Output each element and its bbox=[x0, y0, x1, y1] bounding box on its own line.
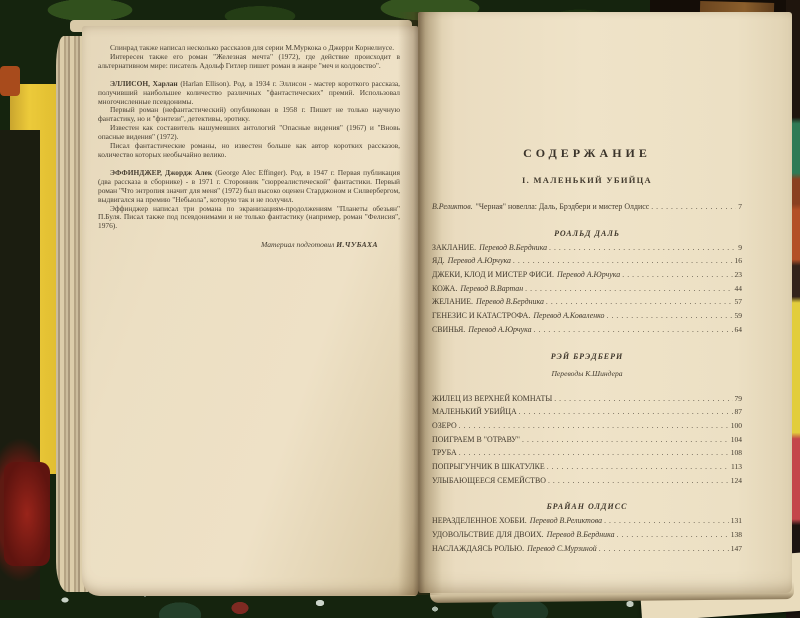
toc-entry-title: ТРУБА bbox=[432, 448, 457, 457]
toc-entry-title: НАСЛАЖДАЯСЬ РОЛЬЮ. bbox=[432, 544, 524, 553]
toc-entry-page-number: 64 bbox=[735, 325, 743, 334]
toc-entry: УДОВОЛЬСТВИЕ ДЛЯ ДВОИХ.Перевод В.Бердник… bbox=[432, 530, 742, 544]
toc-entry-page-number: 23 bbox=[735, 270, 743, 279]
toc-entry-title: ЖЕЛАНИЕ. bbox=[432, 297, 473, 306]
paragraph: ЭФФИНДЖЕР, Джордж Алек (George Alec Effi… bbox=[98, 169, 400, 205]
toc-entry-page-number: 104 bbox=[731, 435, 742, 444]
paragraph: Эффинджер написал три романа по экраниза… bbox=[98, 205, 400, 232]
toc-entry-page-number: 108 bbox=[731, 448, 742, 457]
toc-entry-title: НЕРАЗДЕЛЕННОЕ ХОББИ. bbox=[432, 516, 527, 525]
toc-part-heading: I. МАЛЕНЬКИЙ УБИЙЦА bbox=[432, 175, 742, 185]
dot-leader bbox=[607, 311, 733, 320]
paragraph: Известен как составитель нашумевших анто… bbox=[98, 124, 400, 142]
dot-leader bbox=[617, 530, 729, 539]
toc-title: СОДЕРЖАНИЕ bbox=[432, 146, 742, 161]
toc-entry-list: ЖИЛЕЦ ИЗ ВЕРХНЕЙ КОМНАТЫ79МАЛЕНЬКИЙ УБИЙ… bbox=[432, 394, 742, 490]
byline: Материал подготовил И.ЧУБАХА bbox=[98, 241, 400, 250]
toc-entry-translator: Перевод А.Юрчука bbox=[448, 256, 511, 265]
toc-entry: ЖИЛЕЦ ИЗ ВЕРХНЕЙ КОМНАТЫ79 bbox=[432, 394, 742, 408]
toc-entry-translator: Перевод В.Вартан bbox=[460, 284, 523, 293]
toc-entry-title: ЗАКЛАНИЕ. bbox=[432, 243, 476, 252]
toc-entry-title: ОЗЕРО bbox=[432, 421, 457, 430]
dot-leader bbox=[554, 394, 732, 403]
toc-entry-translator: Перевод В.Реликтова bbox=[530, 516, 602, 525]
toc-entry: ЖЕЛАНИЕ.Перевод В.Бердника57 bbox=[432, 297, 742, 311]
dot-leader bbox=[622, 270, 732, 279]
toc-section-heading: БРАЙАН ОЛДИСС bbox=[432, 502, 742, 511]
toc-entry-page-number: 131 bbox=[731, 516, 742, 525]
toc-entry-translator: Перевод В.Бердника bbox=[476, 297, 544, 306]
toc-entry-page-number: 87 bbox=[735, 407, 743, 416]
toc-entry-translator: Перевод А.Коваленко bbox=[533, 311, 604, 320]
dot-leader bbox=[534, 325, 733, 334]
toc-section-heading: РОАЛЬД ДАЛЬ bbox=[432, 229, 742, 238]
toc-entry-title: ПОПРЫГУНЧИК В ШКАТУЛКЕ bbox=[432, 462, 545, 471]
toc-entry-intro: В.Реликтов. "Черная" новелла: Даль, Брэд… bbox=[432, 202, 742, 216]
dot-leader bbox=[651, 202, 736, 211]
toc-entry-title: МАЛЕНЬКИЙ УБИЙЦА bbox=[432, 407, 517, 416]
toc-section-subheading: Переводы К.Шиндера bbox=[432, 369, 742, 378]
byline-name: И.ЧУБАХА bbox=[336, 240, 378, 249]
toc-entry: МАЛЕНЬКИЙ УБИЙЦА87 bbox=[432, 407, 742, 421]
toc-entry-title: УЛЫБАЮЩЕЕСЯ СЕМЕЙСТВО bbox=[432, 476, 546, 485]
toc-entry-page-number: 16 bbox=[735, 256, 743, 265]
toc-entry-translator: Перевод В.Бердника bbox=[547, 530, 615, 539]
toc-entry-title: ГЕНЕЗИС И КАТАСТРОФА. bbox=[432, 311, 530, 320]
toc-intro-author: В.Реликтов. bbox=[432, 202, 473, 211]
dot-leader bbox=[513, 256, 733, 265]
toc-entry-list: НЕРАЗДЕЛЕННОЕ ХОББИ.Перевод В.Реликтова1… bbox=[432, 516, 742, 557]
toc-entry-page-number: 113 bbox=[731, 462, 742, 471]
dot-leader bbox=[546, 297, 733, 306]
toc-intro-title: "Черная" новелла: Даль, Брэдбери и мисте… bbox=[476, 202, 650, 211]
toc-entry-translator: Перевод А.Юрчука bbox=[557, 270, 620, 279]
red-book-edge-left bbox=[4, 462, 50, 566]
dot-leader bbox=[604, 516, 729, 525]
toc-entry: НАСЛАЖДАЯСЬ РОЛЬЮ.Перевод С.Мурзиной147 bbox=[432, 544, 742, 558]
toc-entry-title: ДЖЕКИ, КЛОД И МИСТЕР ФИСИ. bbox=[432, 270, 554, 279]
book-photo-scene: Спинрад также написал несколько рассказо… bbox=[0, 0, 800, 618]
toc-entry: УЛЫБАЮЩЕЕСЯ СЕМЕЙСТВО124 bbox=[432, 476, 742, 490]
author-name: ЭЛЛИСОН, Харлан bbox=[110, 79, 178, 88]
toc-entry-title: УДОВОЛЬСТВИЕ ДЛЯ ДВОИХ. bbox=[432, 530, 544, 539]
dot-leader bbox=[547, 462, 729, 471]
author-name: ЭФФИНДЖЕР, Джордж Алек bbox=[110, 168, 212, 177]
toc-entry-page-number: 44 bbox=[735, 284, 743, 293]
toc-section-heading: РЭЙ БРЭДБЕРИ bbox=[432, 352, 742, 361]
toc-entry: ПОПРЫГУНЧИК В ШКАТУЛКЕ113 bbox=[432, 462, 742, 476]
toc-entry: ДЖЕКИ, КЛОД И МИСТЕР ФИСИ.Перевод А.Юрчу… bbox=[432, 270, 742, 284]
toc-entry-translator: Перевод С.Мурзиной bbox=[527, 544, 597, 553]
toc-entry-page-number: 138 bbox=[731, 530, 742, 539]
toc-entry-page-number: 100 bbox=[731, 421, 742, 430]
toc-entry-translator: Перевод А.Юрчука bbox=[468, 325, 531, 334]
dot-leader bbox=[519, 407, 733, 416]
dot-leader bbox=[522, 435, 729, 444]
byline-prefix: Материал подготовил bbox=[261, 240, 336, 249]
dot-leader bbox=[549, 243, 736, 252]
toc-entry-page-number: 59 bbox=[735, 311, 743, 320]
toc-intro-page-number: 7 bbox=[738, 202, 742, 211]
toc-entry: ЯД.Перевод А.Юрчука16 bbox=[432, 256, 742, 270]
left-page: Спинрад также написал несколько рассказо… bbox=[82, 26, 418, 596]
toc-entry-page-number: 147 bbox=[731, 544, 742, 553]
dot-leader bbox=[459, 448, 729, 457]
toc-entry-page-number: 57 bbox=[735, 297, 743, 306]
dot-leader bbox=[459, 421, 729, 430]
right-page: СОДЕРЖАНИЕ I. МАЛЕНЬКИЙ УБИЙЦА В.Реликто… bbox=[418, 12, 792, 593]
paragraph: Первый роман (нефантастический) опублико… bbox=[98, 106, 400, 124]
dot-leader bbox=[525, 284, 732, 293]
toc-entry: СВИНЬЯ.Перевод А.Юрчука64 bbox=[432, 325, 742, 339]
toc-entry-title: ПОИГРАЕМ В "ОТРАВУ" bbox=[432, 435, 520, 444]
toc-entry: ТРУБА108 bbox=[432, 448, 742, 462]
toc-entry-list: ЗАКЛАНИЕ.Перевод В.Бердника9ЯД.Перевод А… bbox=[432, 243, 742, 339]
toc-entry-title: ЖИЛЕЦ ИЗ ВЕРХНЕЙ КОМНАТЫ bbox=[432, 394, 552, 403]
orange-book-edge-top-left bbox=[0, 66, 20, 96]
toc-entry-page-number: 9 bbox=[738, 243, 742, 252]
toc-entry: КОЖА.Перевод В.Вартан44 bbox=[432, 284, 742, 298]
paragraph: ЭЛЛИСОН, Харлан (Harlan Ellison). Род. в… bbox=[98, 80, 400, 107]
toc-entry-title: КОЖА. bbox=[432, 284, 457, 293]
toc-entry-title: СВИНЬЯ. bbox=[432, 325, 465, 334]
table-of-contents: СОДЕРЖАНИЕ I. МАЛЕНЬКИЙ УБИЙЦА В.Реликто… bbox=[432, 146, 742, 557]
toc-entry-page-number: 124 bbox=[731, 476, 742, 485]
toc-entry-translator: Перевод В.Бердника bbox=[479, 243, 547, 252]
toc-sections: РОАЛЬД ДАЛЬЗАКЛАНИЕ.Перевод В.Бердника9Я… bbox=[432, 229, 742, 558]
toc-entry: НЕРАЗДЕЛЕННОЕ ХОББИ.Перевод В.Реликтова1… bbox=[432, 516, 742, 530]
toc-entry: ОЗЕРО100 bbox=[432, 421, 742, 435]
dot-leader bbox=[599, 544, 729, 553]
paragraph: Интересен также его роман "Железная мечт… bbox=[98, 53, 400, 71]
left-page-text: Спинрад также написал несколько рассказо… bbox=[98, 44, 400, 250]
toc-entry-page-number: 79 bbox=[735, 394, 743, 403]
paragraph: Писал фантастические романы, но известен… bbox=[98, 142, 400, 160]
dot-leader bbox=[548, 476, 729, 485]
toc-entry: ПОИГРАЕМ В "ОТРАВУ"104 bbox=[432, 435, 742, 449]
toc-entry: ЗАКЛАНИЕ.Перевод В.Бердника9 bbox=[432, 243, 742, 257]
toc-entry-title: ЯД. bbox=[432, 256, 445, 265]
toc-entry: ГЕНЕЗИС И КАТАСТРОФА.Перевод А.Коваленко… bbox=[432, 311, 742, 325]
